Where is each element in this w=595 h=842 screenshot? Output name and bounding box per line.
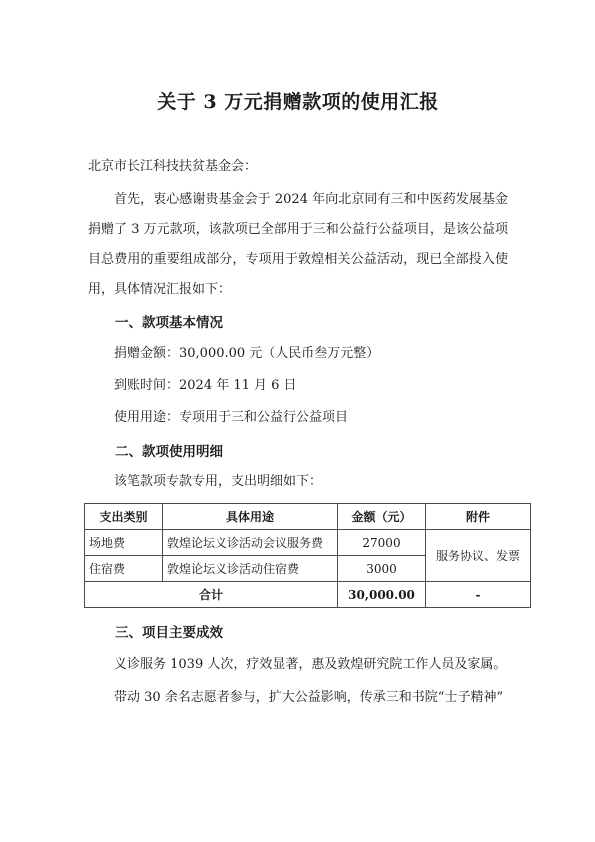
cell-amount: 3000	[338, 556, 426, 582]
section-1-heading: 一、款项基本情况	[88, 308, 508, 338]
total-attachment-cell: -	[426, 582, 531, 608]
cell-specific-use: 敦煌论坛义诊活动住宿费	[163, 556, 338, 582]
table-row: 场地费 敦煌论坛义诊活动会议服务费 27000 服务协议、发票	[85, 530, 531, 556]
cell-specific-use: 敦煌论坛义诊活动会议服务费	[163, 530, 338, 556]
section-2-heading: 二、款项使用明细	[88, 437, 508, 467]
document-page: 关于 3 万元捐赠款项的使用汇报 北京市长江科技扶贫基金会： 首先，衷心感谢贵基…	[0, 0, 595, 842]
header-expense-category: 支出类别	[85, 504, 163, 530]
table-total-row: 合计 30,000.00 -	[85, 582, 531, 608]
cell-expense-category: 场地费	[85, 530, 163, 556]
total-amount-cell: 30,000.00	[338, 582, 426, 608]
donation-amount-line: 捐赠金额：30,000.00 元（人民币叁万元整）	[88, 338, 508, 370]
intro-paragraph: 首先，衷心感谢贵基金会于 2024 年向北京同有三和中医药发展基金捐赠了 3 万…	[88, 185, 508, 305]
table-header-row: 支出类别 具体用途 金额（元） 附件	[85, 504, 531, 530]
section-3-heading: 三、项目主要成效	[88, 618, 508, 648]
document-title: 关于 3 万元捐赠款项的使用汇报	[88, 90, 508, 114]
expense-detail-intro: 该笔款项专款专用，支出明细如下：	[88, 467, 508, 497]
salutation: 北京市长江科技扶贫基金会：	[88, 152, 508, 182]
header-amount: 金额（元）	[338, 504, 426, 530]
expense-table: 支出类别 具体用途 金额（元） 附件 场地费 敦煌论坛义诊活动会议服务费 270…	[84, 503, 531, 608]
cell-attachment-merged: 服务协议、发票	[426, 530, 531, 582]
cell-expense-category: 住宿费	[85, 556, 163, 582]
arrival-date-line: 到账时间：2024 年 11 月 6 日	[88, 370, 508, 402]
header-specific-use: 具体用途	[163, 504, 338, 530]
header-attachment: 附件	[426, 504, 531, 530]
achievement-paragraph-1: 义诊服务 1039 人次，疗效显著，惠及敦煌研究院工作人员及家属。	[88, 648, 508, 681]
usage-purpose-line: 使用用途：专项用于三和公益行公益项目	[88, 402, 508, 434]
total-label-cell: 合计	[85, 582, 338, 608]
achievement-paragraph-2: 带动 30 余名志愿者参与，扩大公益影响，传承三和书院“士子精神”	[88, 681, 508, 714]
cell-amount: 27000	[338, 530, 426, 556]
